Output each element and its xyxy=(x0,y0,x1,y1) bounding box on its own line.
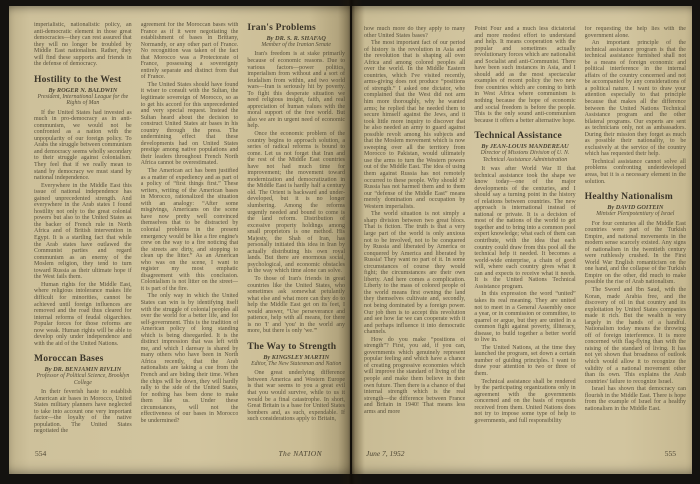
paragraph: Human rights for the Middle East, where … xyxy=(34,282,132,347)
paragraph: how much more do they apply to many othe… xyxy=(364,26,465,39)
article-title-hostility-to-the-west: Hostility to the West xyxy=(34,74,132,85)
paragraph: For four centuries all the Middle East c… xyxy=(585,221,686,286)
paragraph: How do you make “positions of strength”?… xyxy=(364,337,465,416)
byline: By DR. S. R. SHAFAQ xyxy=(247,35,345,42)
byline-affiliation: Editor, The New Statesman and Nation xyxy=(247,361,345,367)
left-page-columns: imperialistic, nationalistic policy, an … xyxy=(9,6,350,450)
paragraph: The most important fact of our period of… xyxy=(364,40,465,210)
page-number: 555 xyxy=(665,449,676,458)
left-page-footer: 554 The NATION xyxy=(9,449,350,458)
article-title-moroccan-bases: Moroccan Bases xyxy=(34,353,132,364)
right-page-columns: how much more do they apply to many othe… xyxy=(352,6,692,454)
article-title-irans-problems: Iran's Problems xyxy=(247,22,345,33)
byline-affiliation: Professor of Political Science, Brooklyn… xyxy=(34,373,132,386)
right-page: how much more do they apply to many othe… xyxy=(352,6,692,474)
byline: By KINGSLEY MARTIN xyxy=(247,354,345,361)
paragraph: Technical assistance shall be rendered b… xyxy=(474,379,575,425)
paragraph: The world situation is not simply a shar… xyxy=(364,211,465,335)
paragraph: imperialistic, nationalistic policy, an … xyxy=(34,22,132,68)
paragraph: Everywhere in the Middle East this issue… xyxy=(34,183,132,281)
paragraph: The only way in which the United States … xyxy=(141,293,239,424)
right-page-footer: June 7, 1952 555 xyxy=(352,449,692,458)
left-page: imperialistic, nationalistic policy, an … xyxy=(9,6,350,474)
paragraph: Point Four and a much less dictatorial a… xyxy=(474,26,575,124)
byline-affiliation: Member of the Iranian Senate xyxy=(247,42,345,48)
left-column-1: imperialistic, nationalistic policy, an … xyxy=(34,22,132,450)
paragraph: Technical assistance cannot solve all pr… xyxy=(585,159,686,185)
left-column-2: agreement for the Moroccan bases with Fr… xyxy=(141,22,239,450)
byline: By ROGER N. BALDWIN xyxy=(34,87,132,94)
page-number: 554 xyxy=(35,449,46,458)
paragraph: In their feverish haste to establish Ame… xyxy=(34,389,132,435)
byline-affiliation: Director of Missions Division of U. N. T… xyxy=(474,150,575,163)
paragraph: The United States should have found it w… xyxy=(141,82,239,167)
byline-affiliation: President, International League for the … xyxy=(34,94,132,107)
paragraph: The Sword and Ibn Saud, with the Koran, … xyxy=(585,287,686,385)
article-title-the-way-to-strength: The Way to Strength xyxy=(247,341,345,352)
issue-date: June 7, 1952 xyxy=(366,449,405,458)
paragraph: The United Nations, at the time they lau… xyxy=(474,345,575,378)
journal-name: The NATION xyxy=(278,449,322,458)
article-title-technical-assistance: Technical Assistance xyxy=(474,130,575,141)
right-column-1: how much more do they apply to many othe… xyxy=(364,26,465,454)
article-title-healthy-nationalism: Healthy Nationalism xyxy=(585,191,686,202)
paragraph: Israel has shown that democracy can flou… xyxy=(585,386,686,412)
paragraph: It was after World War II that technical… xyxy=(474,166,575,290)
paragraph: Iran's freedom is at stake primarily bec… xyxy=(247,51,345,130)
paragraph: Once the economic problem of the country… xyxy=(247,131,345,275)
paragraph: One great underlying difference between … xyxy=(247,370,345,422)
right-column-3: for requesting the help lies with the go… xyxy=(585,26,686,454)
paragraph: The American act has been justified as a… xyxy=(141,168,239,292)
paragraph: agreement for the Moroccan bases with Fr… xyxy=(141,22,239,81)
right-column-2: Point Four and a much less dictatorial a… xyxy=(474,26,575,454)
paragraph: To those of Iran's friends in great coun… xyxy=(247,276,345,335)
paragraph: In this expression the word “united” tak… xyxy=(474,291,575,343)
paragraph: An important principle of the technical … xyxy=(585,40,686,158)
magazine-scan: imperialistic, nationalistic policy, an … xyxy=(0,0,700,484)
byline-affiliation: Minister Plenipotentiary of Israel xyxy=(585,211,686,217)
paragraph: for requesting the help lies with the go… xyxy=(585,26,686,39)
paragraph: If the United States had invested as muc… xyxy=(34,110,132,182)
left-column-3: Iran's Problems By DR. S. R. SHAFAQ Memb… xyxy=(247,22,345,450)
